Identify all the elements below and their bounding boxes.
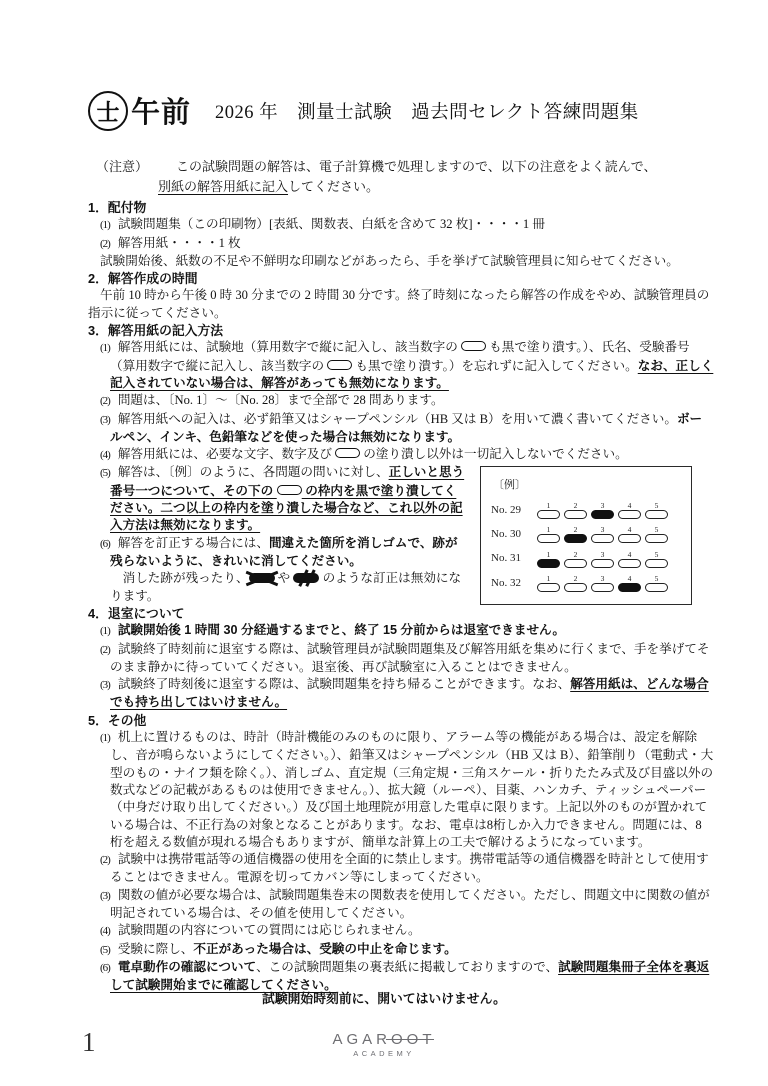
bubble-oval-icon <box>645 559 668 568</box>
text-run: 解答用紙には、試験地（算用数字で縦に記入し、該当数字の <box>118 340 461 354</box>
text-run: 消した跡が残ったり、 <box>110 571 249 585</box>
bubble-number: 3 <box>601 551 605 558</box>
example-row: No. 3212345 <box>491 575 683 592</box>
bubble-oval-icon <box>564 534 587 543</box>
text-run: 試験問題の内容についての質問には応じられません。 <box>118 923 421 937</box>
example-row: No. 2912345 <box>491 502 683 519</box>
bubble-oval-icon <box>537 583 560 592</box>
answer-bubble: 1 <box>535 551 562 568</box>
bubble-oval-icon <box>591 510 614 519</box>
bubble-number: 5 <box>655 551 659 558</box>
bubble-oval-icon <box>591 534 614 543</box>
answer-bubble: 2 <box>562 575 589 592</box>
publisher-logo: AGAROOT ACADEMY <box>0 1031 768 1058</box>
item-marker: (4) <box>100 449 118 461</box>
answer-bubble: 2 <box>562 551 589 568</box>
item-marker: (3) <box>100 679 118 691</box>
notice-text: この試験問題の解答は、電子計算機で処理しますので、以下の注意をよく読んで、 別紙… <box>158 157 656 197</box>
item-marker: (5) <box>100 467 118 479</box>
text-run: 試験開始後、紙数の不足や不鮮明な印刷などがあったら、手を挙げて試験管理員に知らせ… <box>100 254 679 268</box>
row-label: No. 32 <box>491 575 535 592</box>
page-header: 士 午前 2026 年 測量士試験 過去問セレクト答練問題集 <box>88 90 718 131</box>
item-marker: (2) <box>100 644 118 656</box>
answer-bubble: 5 <box>643 502 670 519</box>
text-run: 机上に置けるものは、時計（時計機能のみのものに限り、アラーム等の機能がある場合は… <box>110 730 713 849</box>
answer-oval-icon <box>461 341 486 351</box>
answer-bubble: 1 <box>535 502 562 519</box>
bubble-number: 5 <box>655 526 659 533</box>
instruction-item: (5)受験に際し、不正があった場合は、受験の中止を命じます。 <box>100 941 714 959</box>
bubble-oval-icon <box>618 534 641 543</box>
logo-academy-label: ACADEMY <box>0 1049 768 1058</box>
bubble-oval-icon <box>645 583 668 592</box>
answer-bubble: 5 <box>643 551 670 568</box>
bubble-number: 5 <box>655 502 659 509</box>
instruction-item: 試験開始後、紙数の不足や不鮮明な印刷などがあったら、手を挙げて試験管理員に知らせ… <box>88 253 714 270</box>
instruction-item: (1)机上に置けるものは、時計（時計機能のみのものに限り、アラーム等の機能がある… <box>100 729 714 851</box>
instruction-item: (2)試験終了時刻前に退室する際は、試験管理員が試験問題集及び解答用紙を集めに行… <box>100 641 714 677</box>
answer-bubble: 2 <box>562 502 589 519</box>
example-box: 〔例〕No. 2912345No. 3012345No. 3112345No. … <box>480 466 692 604</box>
answer-bubble: 1 <box>535 575 562 592</box>
answer-bubble: 5 <box>643 575 670 592</box>
instruction-item: (4)解答用紙には、必要な文字、数字及び の塗り潰し以外は一切記入しないでくださ… <box>100 446 714 464</box>
section-heading: 5．その他 <box>88 712 714 729</box>
bubble-number: 3 <box>601 575 605 582</box>
answer-bubble: 3 <box>589 575 616 592</box>
example-label: 〔例〕 <box>493 477 683 494</box>
answer-oval-icon <box>335 448 360 458</box>
bubble-number: 1 <box>547 575 551 582</box>
instruction-item: (1)試験問題集（この印刷物）[表紙、関数表、白紙を含めて 32 枚]・・・・1… <box>100 216 714 234</box>
row-label: No. 29 <box>491 502 535 519</box>
bubble-number: 4 <box>628 502 632 509</box>
bubble-number: 1 <box>547 502 551 509</box>
bubble-oval-icon <box>645 534 668 543</box>
item-marker: (4) <box>100 925 118 937</box>
slashed-oval-icon <box>293 573 319 583</box>
bubble-number: 4 <box>628 526 632 533</box>
answer-bubble: 1 <box>535 526 562 543</box>
instruction-item: (2)問題は、〔No. 1〕～〔No. 28〕まで全部で 28 問あります。 <box>100 392 714 410</box>
bubble-oval-icon <box>618 559 641 568</box>
instruction-item: (1)試験開始後 1 時間 30 分経過するまでと、終了 15 分前からは退室で… <box>100 622 714 640</box>
instruction-item: (3)試験終了時刻後に退室する際は、試験問題集を持ち帰ることができます。なお、解… <box>100 676 714 712</box>
bubble-number: 1 <box>547 551 551 558</box>
section-heading: 1．配付物 <box>88 199 714 216</box>
text-run: 電卓動作の確認について <box>118 960 256 974</box>
bubble-oval-icon <box>618 510 641 519</box>
answer-bubble: 4 <box>616 526 643 543</box>
bubble-number: 2 <box>574 526 578 533</box>
logo-wordmark: AGAROOT <box>0 1031 768 1048</box>
item-marker: (6) <box>100 538 118 550</box>
bubble-oval-icon <box>537 510 560 519</box>
answer-oval-icon <box>277 485 302 495</box>
text-run: の塗り潰し以外は一切記入しないでください。 <box>360 447 628 461</box>
bubble-oval-icon <box>537 534 560 543</box>
text-run: 解答用紙への記入は、必ず鉛筆又はシャープペンシル（HB 又は B）を用いて濃く書… <box>118 412 677 426</box>
item-marker: (2) <box>100 395 118 407</box>
pre-start-warning: 試験開始時刻前に、開いてはいけません。 <box>0 988 768 1007</box>
instruction-item: (2)試験中は携帯電話等の通信機器の使用を全面的に禁止します。携帯電話等の通信機… <box>100 851 714 887</box>
bubble-number: 2 <box>574 502 578 509</box>
surveyor-badge-icon: 士 <box>88 91 128 131</box>
row-label: No. 31 <box>491 550 535 567</box>
example-row: No. 3012345 <box>491 526 683 543</box>
section-heading: 2．解答作成の時間 <box>88 270 714 287</box>
item-marker: (6) <box>100 962 118 974</box>
instruction-item: (3)関数の値が必要な場合は、試験問題集巻末の関数表を使用してください。ただし、… <box>100 887 714 923</box>
instruction-item: (2)解答用紙・・・・1 枚 <box>100 235 714 253</box>
notice-label: （注意） <box>96 157 158 197</box>
bubble-number: 2 <box>574 551 578 558</box>
example-row: No. 3112345 <box>491 550 683 567</box>
bubble-oval-icon <box>564 510 587 519</box>
answer-bubble: 4 <box>616 575 643 592</box>
logo-glasses-strike: OOT <box>391 1031 436 1048</box>
text-run: 解答を訂正する場合には、 <box>118 536 269 550</box>
text-run: 試験中は携帯電話等の通信機器の使用を全面的に禁止します。携帯電話等の通信機器を時… <box>110 852 709 884</box>
bubble-oval-icon <box>564 559 587 568</box>
answer-bubble: 3 <box>589 551 616 568</box>
text-run: 不正があった場合は、受験の中止を命じます。 <box>193 942 456 956</box>
instruction-item: (1)解答用紙には、試験地（算用数字で縦に記入し、該当数字の も黒で塗り潰す。）… <box>100 339 714 392</box>
instruction-item: (4)試験問題の内容についての質問には応じられません。 <box>100 922 714 940</box>
item-marker: (1) <box>100 625 118 637</box>
item-marker: (1) <box>100 732 118 744</box>
item-marker: (3) <box>100 890 118 902</box>
instruction-item: (3)解答用紙への記入は、必ず鉛筆又はシャープペンシル（HB 又は B）を用いて… <box>100 411 714 447</box>
instruction-sections: 1．配付物(1)試験問題集（この印刷物）[表紙、関数表、白紙を含めて 32 枚]… <box>88 199 714 994</box>
text-run: 関数の値が必要な場合は、試験問題集巻末の関数表を使用してください。ただし、問題文… <box>110 888 710 920</box>
answer-oval-icon <box>327 360 352 370</box>
text-run: 解答用紙・・・・1 枚 <box>118 236 241 250</box>
item-marker: (3) <box>100 414 118 426</box>
notice-line2: 別紙の解答用紙に記入してください。 <box>158 177 656 197</box>
answer-bubble: 4 <box>616 502 643 519</box>
notice-line1: この試験問題の解答は、電子計算機で処理しますので、以下の注意をよく読んで、 <box>158 157 656 177</box>
bubble-oval-icon <box>564 583 587 592</box>
row-label: No. 30 <box>491 526 535 543</box>
bubble-number: 2 <box>574 575 578 582</box>
bubble-number: 5 <box>655 575 659 582</box>
answer-bubble: 3 <box>589 502 616 519</box>
answer-bubble: 3 <box>589 526 616 543</box>
bubble-oval-icon <box>591 559 614 568</box>
item-marker: (2) <box>100 854 118 866</box>
section-heading: 4．退室について <box>88 605 714 622</box>
bubble-oval-icon <box>591 583 614 592</box>
item-marker: (5) <box>100 944 118 956</box>
answer-bubble: 5 <box>643 526 670 543</box>
bubble-oval-icon <box>618 583 641 592</box>
text-run: 解答は、〔例〕のように、各問題の問いに対し、 <box>118 465 389 479</box>
bubble-number: 4 <box>628 575 632 582</box>
notice-block: （注意） この試験問題の解答は、電子計算機で処理しますので、以下の注意をよく読ん… <box>96 157 706 197</box>
answer-bubble: 2 <box>562 526 589 543</box>
text-run: 、この試験問題集の裏表紙に掲載しておりますので、 <box>256 960 558 974</box>
bubble-number: 1 <box>547 526 551 533</box>
bubble-number: 4 <box>628 551 632 558</box>
text-run: 解答用紙には、必要な文字、数字及び <box>118 447 335 461</box>
text-run: 試験問題集（この印刷物）[表紙、関数表、白紙を含めて 32 枚]・・・・1 冊 <box>118 217 545 231</box>
crossed-oval-icon <box>249 573 275 583</box>
text-run: 問題は、〔No. 1〕～〔No. 28〕まで全部で 28 問あります。 <box>118 393 444 407</box>
text-run: も黒で塗り潰す。）を忘れずに記入してください。 <box>352 359 638 373</box>
item-marker: (1) <box>100 219 118 231</box>
bubble-number: 3 <box>601 502 605 509</box>
text-run: 試験開始後 1 時間 30 分経過するまでと、終了 15 分前からは退室できませ… <box>118 623 565 637</box>
session-label: 午前 <box>131 90 191 131</box>
item-marker: (1) <box>100 342 118 354</box>
bubble-oval-icon <box>645 510 668 519</box>
bubble-oval-icon <box>537 559 560 568</box>
bubble-number: 3 <box>601 526 605 533</box>
text-run: 受験に際し、 <box>118 942 194 956</box>
text-run: 試験終了時刻前に退室する際は、試験管理員が試験問題集及び解答用紙を集めに行くまで… <box>110 642 709 674</box>
item-marker: (2) <box>100 238 118 250</box>
answer-bubble: 4 <box>616 551 643 568</box>
exam-cover-page: 士 午前 2026 年 測量士試験 過去問セレクト答練問題集 （注意） この試験… <box>0 0 768 1086</box>
section-heading: 3．解答用紙の記入方法 <box>88 322 714 339</box>
instruction-item: 午前 10 時から午後 0 時 30 分までの 2 時間 30 分です。終了時刻… <box>88 287 714 322</box>
text-run: 試験終了時刻後に退室する際は、試験問題集を持ち帰ることができます。なお、 <box>118 677 570 691</box>
page-title: 2026 年 測量士試験 過去問セレクト答練問題集 <box>215 98 639 124</box>
text-run: 午前 10 時から午後 0 時 30 分までの 2 時間 30 分です。終了時刻… <box>88 288 709 319</box>
